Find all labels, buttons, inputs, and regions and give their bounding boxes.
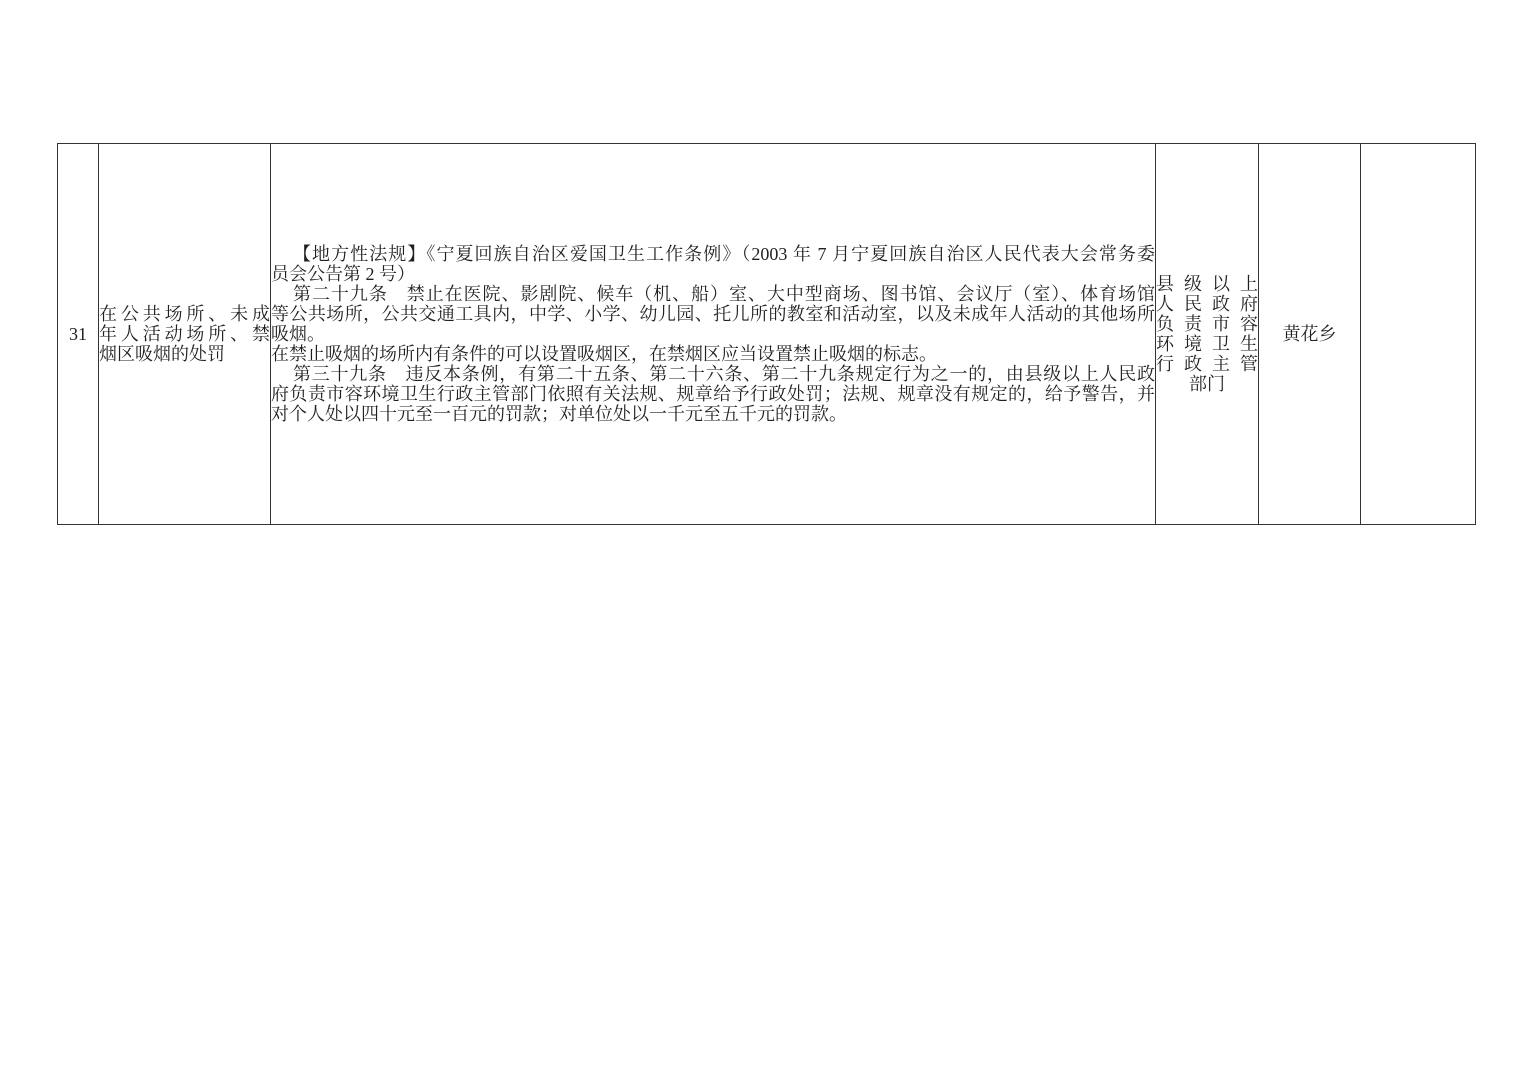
legal-basis-line: 【地方性法规】《宁夏回族自治区爱国卫生工作条例》（2003 年 7 月宁夏回族自… <box>271 244 1155 264</box>
row-index: 31 <box>58 324 98 344</box>
authority-line: 环境卫生 <box>1156 334 1258 354</box>
authority-line: 部门 <box>1156 374 1258 394</box>
penalty-item-line: 年人活动场所、禁 <box>99 324 270 344</box>
legal-basis-line: 在禁止吸烟的场所内有条件的可以设置吸烟区，在禁烟区应当设置禁止吸烟的标志。 <box>271 344 1155 364</box>
authority-cell: 县级以上人民政府负责市容环境卫生行政主管部门 <box>1156 144 1259 525</box>
row-index-cell: 31 <box>58 144 99 525</box>
document-page: 31 在公共场所、未成年人活动场所、禁烟区吸烟的处罚 【地方性法规】《宁夏回族自… <box>0 0 1520 1074</box>
regulation-table: 31 在公共场所、未成年人活动场所、禁烟区吸烟的处罚 【地方性法规】《宁夏回族自… <box>57 143 1476 525</box>
remark-cell <box>1361 144 1476 525</box>
legal-basis-line: 府负责市容环境卫生行政主管部门依照有关法规、规章给予行政处罚；法规、规章没有规定… <box>271 384 1155 404</box>
legal-basis-line: 员会公告第 2 号） <box>271 264 1155 284</box>
penalty-item-text: 在公共场所、未成年人活动场所、禁烟区吸烟的处罚 <box>99 304 270 364</box>
penalty-item-cell: 在公共场所、未成年人活动场所、禁烟区吸烟的处罚 <box>99 144 271 525</box>
legal-basis-line: 对个人处以四十元至一百元的罚款；对单位处以一千元至五千元的罚款。 <box>271 404 1155 424</box>
legal-basis-line: 吸烟。 <box>271 324 1155 344</box>
legal-basis-line: 第二十九条 禁止在医院、影剧院、候车（机、船）室、大中型商场、图书馆、会议厅（室… <box>271 284 1155 304</box>
legal-basis-text: 【地方性法规】《宁夏回族自治区爱国卫生工作条例》（2003 年 7 月宁夏回族自… <box>271 244 1155 424</box>
table-row: 31 在公共场所、未成年人活动场所、禁烟区吸烟的处罚 【地方性法规】《宁夏回族自… <box>58 144 1476 525</box>
legal-basis-cell: 【地方性法规】《宁夏回族自治区爱国卫生工作条例》（2003 年 7 月宁夏回族自… <box>271 144 1156 525</box>
location-text: 黄花乡 <box>1259 324 1360 344</box>
authority-line: 县级以上 <box>1156 274 1258 294</box>
penalty-item-line: 烟区吸烟的处罚 <box>99 344 270 364</box>
penalty-item-line: 在公共场所、未成 <box>99 304 270 324</box>
authority-text: 县级以上人民政府负责市容环境卫生行政主管部门 <box>1156 274 1258 394</box>
legal-basis-line: 等公共场所，公共交通工具内，中学、小学、幼儿园、托儿所的教室和活动室，以及未成年… <box>271 304 1155 324</box>
location-cell: 黄花乡 <box>1259 144 1361 525</box>
legal-basis-line: 第三十九条 违反本条例，有第二十五条、第二十六条、第二十九条规定行为之一的，由县… <box>271 364 1155 384</box>
authority-line: 人民政府 <box>1156 294 1258 314</box>
authority-line: 行政主管 <box>1156 354 1258 374</box>
authority-line: 负责市容 <box>1156 314 1258 334</box>
